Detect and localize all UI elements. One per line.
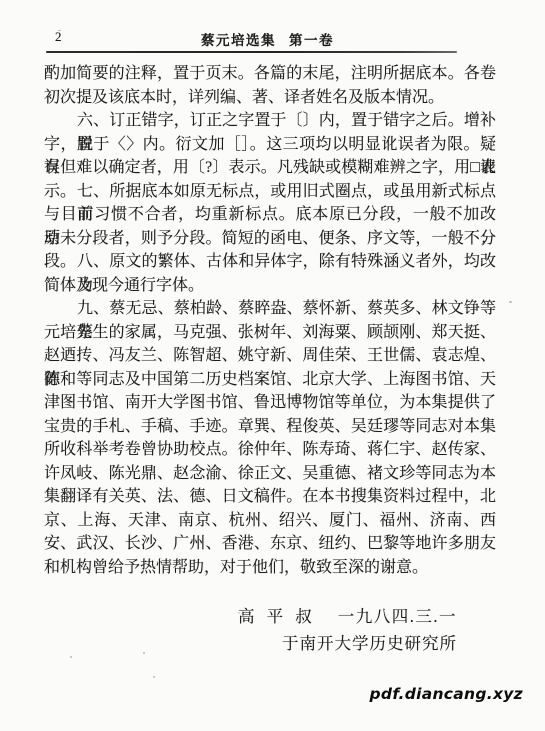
- text-line: 初次提及该底本时，详列编、著、译者姓名及版本情况。: [44, 86, 496, 110]
- text-line: 津图书馆、南开大学图书馆、鲁迅博物馆等单位，为本集提供了: [44, 391, 496, 415]
- header-rule: [46, 51, 457, 53]
- text-line: 宝贵的手札、手稿、手迹。章巽、程俊英、吴廷璆等同志对本集: [44, 415, 496, 439]
- running-head: 蔡元培选集第一卷: [0, 29, 535, 49]
- text-line: 九、蔡无忌、蔡柏龄、蔡睟盎、蔡怀新、蔡英多、林文铮等蔡: [44, 297, 496, 321]
- text-line: 字，置于〈〉内。衍文加［］。这三项均以明显讹误者为限。疑有讹: [44, 133, 496, 157]
- text-line: 集翻译有关英、法、德、日文稿件。在本书搜集资料过程中，北: [44, 485, 496, 509]
- text-line: 简体及现今通行字体。: [44, 274, 496, 298]
- scan-speck: [238, 612, 240, 614]
- volume-label: 第一卷: [289, 33, 334, 48]
- text-line: 和机构曾给予热情帮助，对于他们，敬致至深的谢意。: [44, 556, 496, 580]
- text-line: 京、上海、天津、南京、杭州、绍兴、厦门、福州、济南、西: [44, 509, 496, 533]
- text-line: 八、原文的繁体、古体和异体字，除有特殊涵义者外，均改为: [44, 250, 496, 274]
- watermark-text: pdf.diancang.xyz: [370, 685, 523, 703]
- author-name: 高 平 叔: [238, 607, 316, 626]
- text-line: 安、武汉、长沙、广州、香港、东京、纽约、巴黎等地许多朋友: [44, 532, 496, 556]
- scan-speck: [70, 656, 72, 658]
- scanned-book-page: 2 蔡元培选集第一卷 酌加简要的注释，置于页末。各篇的末尾，注明所据底本。各卷 …: [0, 0, 545, 731]
- text-line: 七、所据底本如原无标点，或用旧式圈点，或虽用新式标点而: [44, 180, 496, 204]
- text-line: 德和等同志及中国第二历史档案馆、北京大学、上海图书馆、天: [44, 368, 496, 392]
- scan-speck: [153, 676, 155, 678]
- text-line: 许凤岐、陈光鼎、赵念渝、徐正文、吴重德、褚文珍等同志为本: [44, 462, 496, 486]
- book-title: 蔡元培选集: [201, 33, 276, 48]
- scan-speck: [143, 652, 145, 654]
- text-line: 赵迺抟、冯友兰、陈智超、姚守新、周佳荣、王世儒、袁志煌、陈: [44, 344, 496, 368]
- text-line: 原未分段者，则予分段。简短的函电、便条、序文等，一般不分段。: [44, 227, 496, 251]
- signature-date: 一九八四.三.一: [338, 607, 457, 626]
- text-line: 六、订正错字，订正之字置于〔〕内，置于错字之后。增补脱: [44, 109, 496, 133]
- scan-speck: [509, 301, 512, 303]
- signature-block: 高 平 叔一九八四.三.一 于南开大学历史研究所: [238, 603, 457, 657]
- signature-place: 于南开大学历史研究所: [238, 630, 457, 657]
- scan-speck: [58, 30, 61, 31]
- text-line: 误但难以确定者，用〔?〕表示。凡残缺或模糊难辨之字，用□表示。: [44, 156, 496, 180]
- signature-line: 高 平 叔一九八四.三.一: [238, 603, 457, 630]
- text-line: 酌加简要的注释，置于页末。各篇的末尾，注明所据底本。各卷: [44, 62, 496, 86]
- text-line: 所收科举考卷曾协助校点。徐仲年、陈寿琦、蒋仁宇、赵传家、: [44, 438, 496, 462]
- text-line: 与目前习惯不合者，均重新标点。底本原已分段，一般不加改动；: [44, 203, 496, 227]
- body-text: 酌加简要的注释，置于页末。各篇的末尾，注明所据底本。各卷 初次提及该底本时，详列…: [44, 62, 496, 579]
- text-line: 元培先生的家属，马克强、张树年、刘海粟、顾颉刚、郑天挺、: [44, 321, 496, 345]
